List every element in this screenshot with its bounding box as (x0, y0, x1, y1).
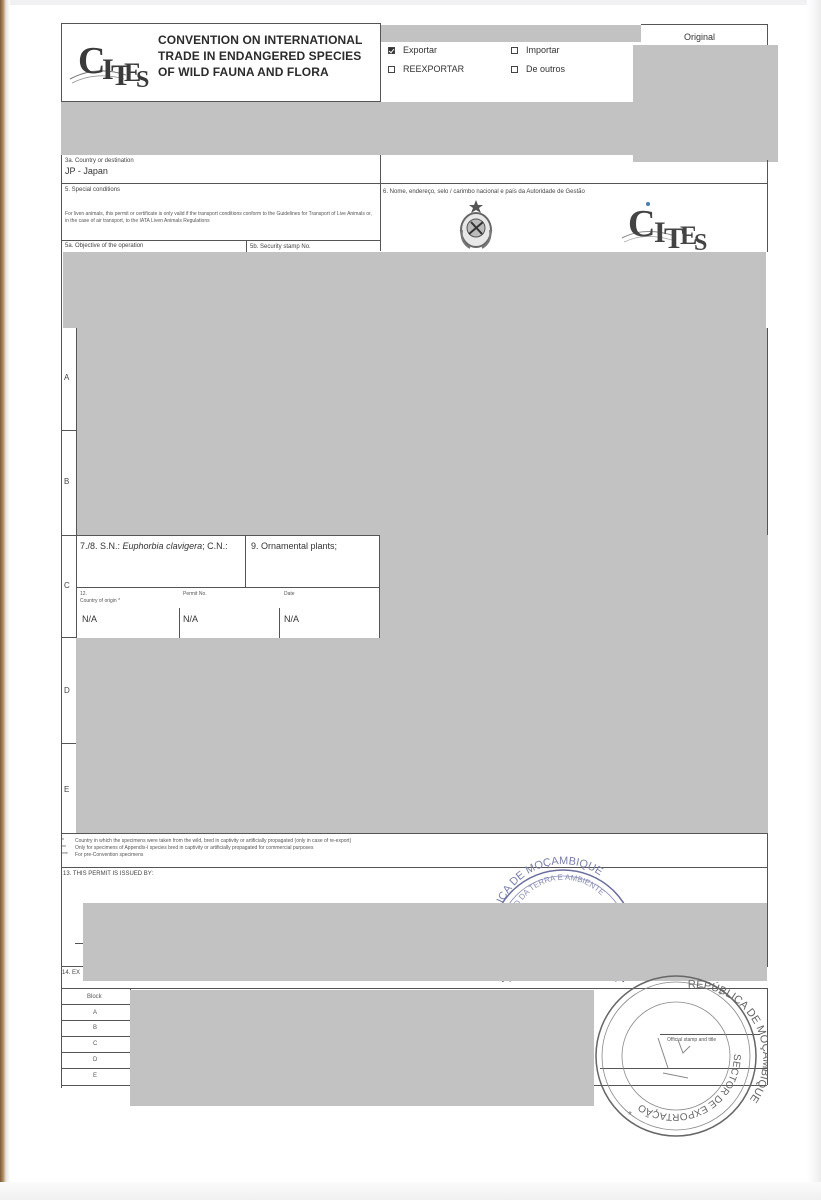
footnote-text: Country in which the specimens were take… (75, 838, 351, 845)
footnote-text: Only for specimens of Appendix-I species… (75, 845, 313, 852)
block-label-b: B (64, 477, 69, 486)
country-of-origin-label: Country of origin * (80, 598, 120, 605)
footnote-text: For pre-Convention specimens (75, 852, 143, 859)
redacted-area (380, 535, 768, 638)
redacted-area (76, 638, 768, 833)
svg-text:SECTOR DE EXPORTAÇÃO: SECTOR DE EXPORTAÇÃO (636, 1054, 742, 1122)
svg-text:C: C (628, 203, 655, 245)
footnote-mark: ** (62, 845, 72, 852)
field-7-8: 7./8. S.N.: Euphorbia clavigera; C.N.: (80, 541, 228, 551)
permit-no-label: Permit No. (183, 591, 207, 598)
checkbox-exportar[interactable]: Exportar (388, 45, 437, 55)
checkbox-reexportar[interactable]: REEXPORTAR (388, 64, 464, 74)
block-label-a: A (64, 373, 69, 382)
national-emblem-icon (456, 198, 496, 252)
field-5-label: 5. Special conditions (65, 187, 120, 193)
field-5b-label: 5b. Security stamp No. (250, 244, 311, 250)
block-row-c: C (93, 1041, 97, 1048)
svg-text:*: * (718, 990, 722, 1001)
field-3a-label: 3a. Country or destination (65, 158, 134, 164)
cites-logo-icon: C I T E S (620, 200, 720, 252)
field-7-8-prefix: 7./8. S.N.: (80, 541, 123, 551)
svg-text:*: * (628, 1110, 632, 1121)
permit-no-value: N/A (183, 614, 198, 624)
redacted-area (77, 328, 768, 535)
scientific-name: Euphorbia clavigera (123, 541, 203, 551)
field-5a-label: 5a. Objective of the operation (65, 243, 143, 249)
customs-stamp-icon: SECTOR DE EXPORTAÇÃO REPÚBLICA DE MOÇAMB… (588, 968, 768, 1148)
checkbox-label: Exportar (403, 45, 437, 55)
svg-text:S: S (694, 230, 707, 252)
block-label-e: E (64, 785, 69, 794)
redacted-area (130, 990, 594, 1106)
field-6-label: 6. Nome, endereço, selo / carimbo nacion… (383, 189, 585, 195)
block-label-d: D (64, 686, 70, 695)
field-9: 9. Ornamental plants; (251, 541, 337, 551)
paper-bottom-edge (0, 1182, 821, 1200)
cites-logo-icon: C I T E S (66, 35, 150, 90)
checkbox-empty-icon (511, 66, 518, 73)
block-row-a: A (93, 1010, 97, 1017)
checkbox-empty-icon (388, 66, 395, 73)
field-7-8-suffix: ; C.N.: (202, 541, 228, 551)
checkbox-importar[interactable]: Importar (511, 45, 560, 55)
date-value: N/A (284, 614, 299, 624)
redacted-area (633, 45, 778, 162)
paper-top-edge (0, 0, 821, 5)
paper-right-edge (807, 0, 821, 1200)
field-14-label: 14. EX (62, 970, 80, 976)
checkbox-empty-icon (511, 47, 518, 54)
field-13-label: 13. THIS PERMIT IS ISSUED BY: (63, 871, 153, 877)
date-label: Date (284, 591, 295, 598)
svg-text:S: S (136, 67, 149, 90)
block-column-header: Block (87, 994, 102, 1001)
paper-left-edge (0, 0, 10, 1200)
footnote-mark: *** (62, 852, 72, 859)
form-title: CONVENTION ON INTERNATIONAL TRADE IN END… (158, 32, 378, 80)
block-label-c: C (64, 581, 70, 590)
redacted-area (381, 25, 641, 42)
field-3a-value: JP - Japan (65, 166, 108, 176)
field-12-label: 12. (80, 591, 87, 598)
checkbox-label: REEXPORTAR (403, 64, 464, 74)
block-row-b: B (93, 1025, 97, 1032)
checkbox-label: De outros (526, 64, 565, 74)
redacted-area (61, 102, 633, 155)
copy-label: Original (684, 32, 715, 42)
checkbox-de-outros[interactable]: De outros (511, 64, 565, 74)
checkbox-checked-icon (388, 47, 395, 54)
redacted-area (63, 252, 766, 328)
country-of-origin-value: N/A (82, 614, 97, 624)
checkbox-label: Importar (526, 45, 560, 55)
field-5-text: For liven animals, this permit or certif… (65, 211, 377, 225)
block-row-e: E (93, 1073, 97, 1080)
footnote-mark: * (62, 838, 72, 845)
block-row-d: D (93, 1057, 97, 1064)
